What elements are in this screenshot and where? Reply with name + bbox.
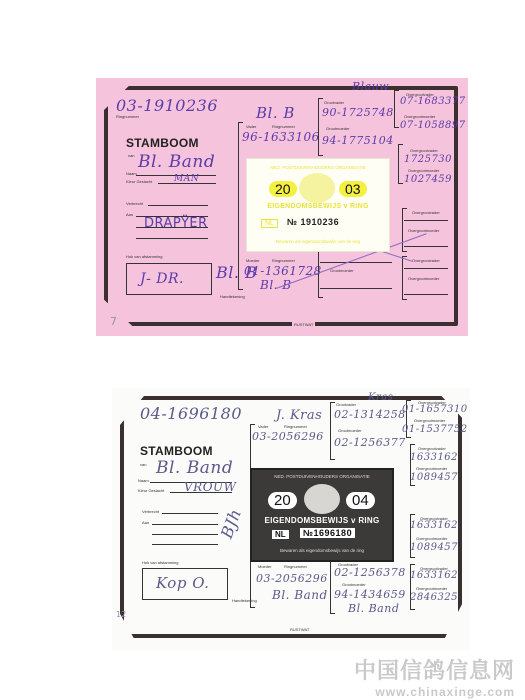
grandfather-label: Grootvader <box>336 402 356 407</box>
ggf1-value: 07-1683377 <box>400 96 466 107</box>
watermark-chinese: 中国信鸽信息网 <box>354 654 515 685</box>
ggm2-value: 1089457 <box>410 472 458 483</box>
grandfather-ring-value: 02-1314258 <box>334 408 406 421</box>
loft-label: Hok van afstamming <box>142 560 178 565</box>
page-mark: 7 <box>110 315 117 328</box>
mother-ring-label: Ringnummer <box>284 564 307 569</box>
mother-ring-value: 03-2056296 <box>256 572 328 585</box>
signature-label: Handtekening <box>220 294 245 299</box>
mggf2-label: Overgrootvader <box>412 258 440 263</box>
sticker-number: № 1910236 <box>287 217 339 227</box>
ggm1-label: Overgrootmoeder <box>404 114 435 119</box>
aan-label: Aan <box>126 212 133 217</box>
mggm1-label: Overgrootmoeder <box>408 228 439 233</box>
loft-value: Kop O. <box>156 574 209 592</box>
color-sex-label: Kleur Geslacht <box>138 488 164 493</box>
mggm2-label: Overgrootmoeder <box>408 276 439 281</box>
site-watermark: 中国信鸽信息网 www.chinaxinge.com <box>354 654 515 699</box>
watermark-url: www.chinaxinge.com <box>354 685 515 699</box>
footer-label: RUSTWAT <box>292 322 315 327</box>
sticker-footer: Bewaren als eigendomsbewijs van de ring <box>256 548 388 553</box>
ring-certificate-sticker: NED. POSTDUIVENHOUDERS ORGANISATIE 20 04… <box>250 468 394 562</box>
mgf-line <box>320 262 392 263</box>
father-ring-label: Ringnummer <box>284 424 307 429</box>
father-ring-value: 96-1633106 <box>242 130 320 144</box>
bred-by-line <box>148 205 208 206</box>
grandfather-note: Kras <box>368 392 393 403</box>
mggm1-label: Overgrootmoeder <box>416 536 447 541</box>
ggm2-value: 1027459 <box>404 174 452 185</box>
mgf-ring-value: 02-1256378 <box>334 566 406 579</box>
ring-number-value: 03-1910236 <box>116 96 218 115</box>
father-ring-value: 03-2056296 <box>252 430 324 443</box>
father-note: Bl. B <box>256 104 295 122</box>
ggf1-value: 01-1657310 <box>402 404 468 415</box>
bred-by-label: Verbrecht <box>126 201 143 206</box>
bred-by-line <box>162 513 218 514</box>
sticker-year-right: 03 <box>339 181 367 197</box>
sticker-year-left: 20 <box>269 181 297 197</box>
mother-ring-label: Ringnummer <box>272 258 295 263</box>
mggf2-value: 1633162 <box>410 570 458 581</box>
aan-line-3 <box>152 544 218 545</box>
ggm1-label: Overgrootmoeder <box>414 418 445 423</box>
mother-label: Moeder <box>246 258 260 263</box>
mggf1-label: Overgrootvader <box>412 210 440 215</box>
footer-label: RUSTWAT <box>288 627 311 632</box>
sticker-header: NED. POSTDUIVENHOUDERS ORGANISATIE <box>256 474 388 479</box>
mggm1-value: 1089457 <box>410 542 458 553</box>
mggf2-line <box>404 268 448 269</box>
grandmother-ring-value: 02-1256377 <box>334 436 406 449</box>
mgm-label: Grootmoeder <box>330 268 354 273</box>
grandmother-label: Grootmoeder <box>338 428 362 433</box>
stamboom-title: STAMBOOM <box>140 444 213 458</box>
grandfather-note: Blauw <box>352 80 389 93</box>
sticker-year-right: 04 <box>346 492 375 509</box>
sticker-band-text: EIGENDOMSBEWIJS v RING <box>257 203 379 210</box>
ring-certificate-sticker: NED. POSTDUIVENHOUDERS ORGANISATIE 20 03… <box>246 158 390 252</box>
stamboom-title: STAMBOOM <box>126 136 199 150</box>
sticker-country: NL <box>261 219 278 228</box>
page-mark: 12 <box>116 610 126 619</box>
aan-line-2 <box>152 534 218 535</box>
bred-by-label: Verbrecht <box>142 509 159 514</box>
color-sex-value: VROUW <box>184 480 237 494</box>
name-label: Naam <box>138 478 149 483</box>
mgm-note: Bl. Band <box>348 602 399 615</box>
ggf2-label: Overgrootvader <box>410 148 438 153</box>
pedigree-card-white: 04-1696180 STAMBOOM van Bl. Band Naam Kl… <box>112 388 470 650</box>
aan-value: DRAPŸER <box>144 216 208 231</box>
pedigree-card-pink: 03-1910236 Ringnummer STAMBOOM van Bl. B… <box>96 78 468 336</box>
mggf1-value: 1633162 <box>410 520 458 531</box>
ring-number-label: Ringnummer <box>116 114 139 119</box>
sticker-header: NED. POSTDUIVENHOUDERS ORGANISATIE <box>253 165 383 170</box>
van-label: van <box>128 153 134 158</box>
owner-value: Bl. Band <box>138 152 215 172</box>
signature-value: Bl. Band <box>272 588 328 602</box>
sticker-band-text: EIGENDOMSBEWIJS v RING <box>258 516 386 525</box>
sticker-year-left: 20 <box>268 492 297 509</box>
father-ring-label: Ringnummer <box>272 124 295 129</box>
mgm-label: Grootmoeder <box>342 582 366 587</box>
mggm2-label: Overgrootmoeder <box>416 586 447 591</box>
loft-value: J- DR. <box>140 271 184 287</box>
father-note: J. Kras <box>276 408 322 423</box>
aan-line-3 <box>136 238 208 239</box>
parents-bracket <box>238 122 243 290</box>
grandmother-label: Grootmoeder <box>326 126 350 131</box>
owner-value: Bl. Band <box>156 458 233 478</box>
grandfather-label: Grootvader <box>324 100 344 105</box>
ggf2-value: 1725730 <box>404 154 452 165</box>
aan-label: Aan <box>142 520 149 525</box>
ggm2-label: Overgrootmoeder <box>416 466 447 471</box>
father-label: Vader <box>246 124 256 129</box>
mother-label: Moeder <box>258 564 272 569</box>
sticker-country: NL <box>272 530 289 539</box>
loft-label: Hok van afstamming <box>126 254 162 259</box>
lion-emblem-icon <box>299 173 335 203</box>
sticker-number: №1696180 <box>300 528 355 538</box>
aan-line <box>152 524 218 525</box>
mggm1-line <box>404 246 448 247</box>
grandfather-ring-value: 90-1725748 <box>322 106 394 119</box>
van-label: van <box>140 462 146 467</box>
mgm-line <box>320 288 392 289</box>
ggm2-label: Overgrootmoeder <box>408 168 439 173</box>
color-sex-value: MAN <box>174 174 199 184</box>
ggp-bracket-1 <box>394 90 399 128</box>
mggf1-line <box>404 220 448 221</box>
ggf2-label: Overgrootvader <box>418 446 446 451</box>
ggm1-value: 07-1058897 <box>400 120 466 131</box>
mggm2-value: 2846325 <box>410 592 458 603</box>
grandmother-ring-value: 94-1775104 <box>322 134 394 147</box>
father-label: Vader <box>258 424 268 429</box>
ring-number-value: 04-1696180 <box>140 404 242 423</box>
ggf2-value: 1633162 <box>410 452 458 463</box>
mgm-ring-value: 94-1434659 <box>334 588 406 601</box>
sticker-footer: Bewaren als eigendomsbewijs van de ring <box>253 239 383 244</box>
mggm2-line <box>404 294 448 295</box>
ggp-bracket-2 <box>398 144 403 184</box>
ggm1-value: 01-1537752 <box>402 424 468 435</box>
lion-emblem-icon <box>304 484 340 514</box>
color-sex-label: Kleur Geslacht <box>126 179 152 184</box>
